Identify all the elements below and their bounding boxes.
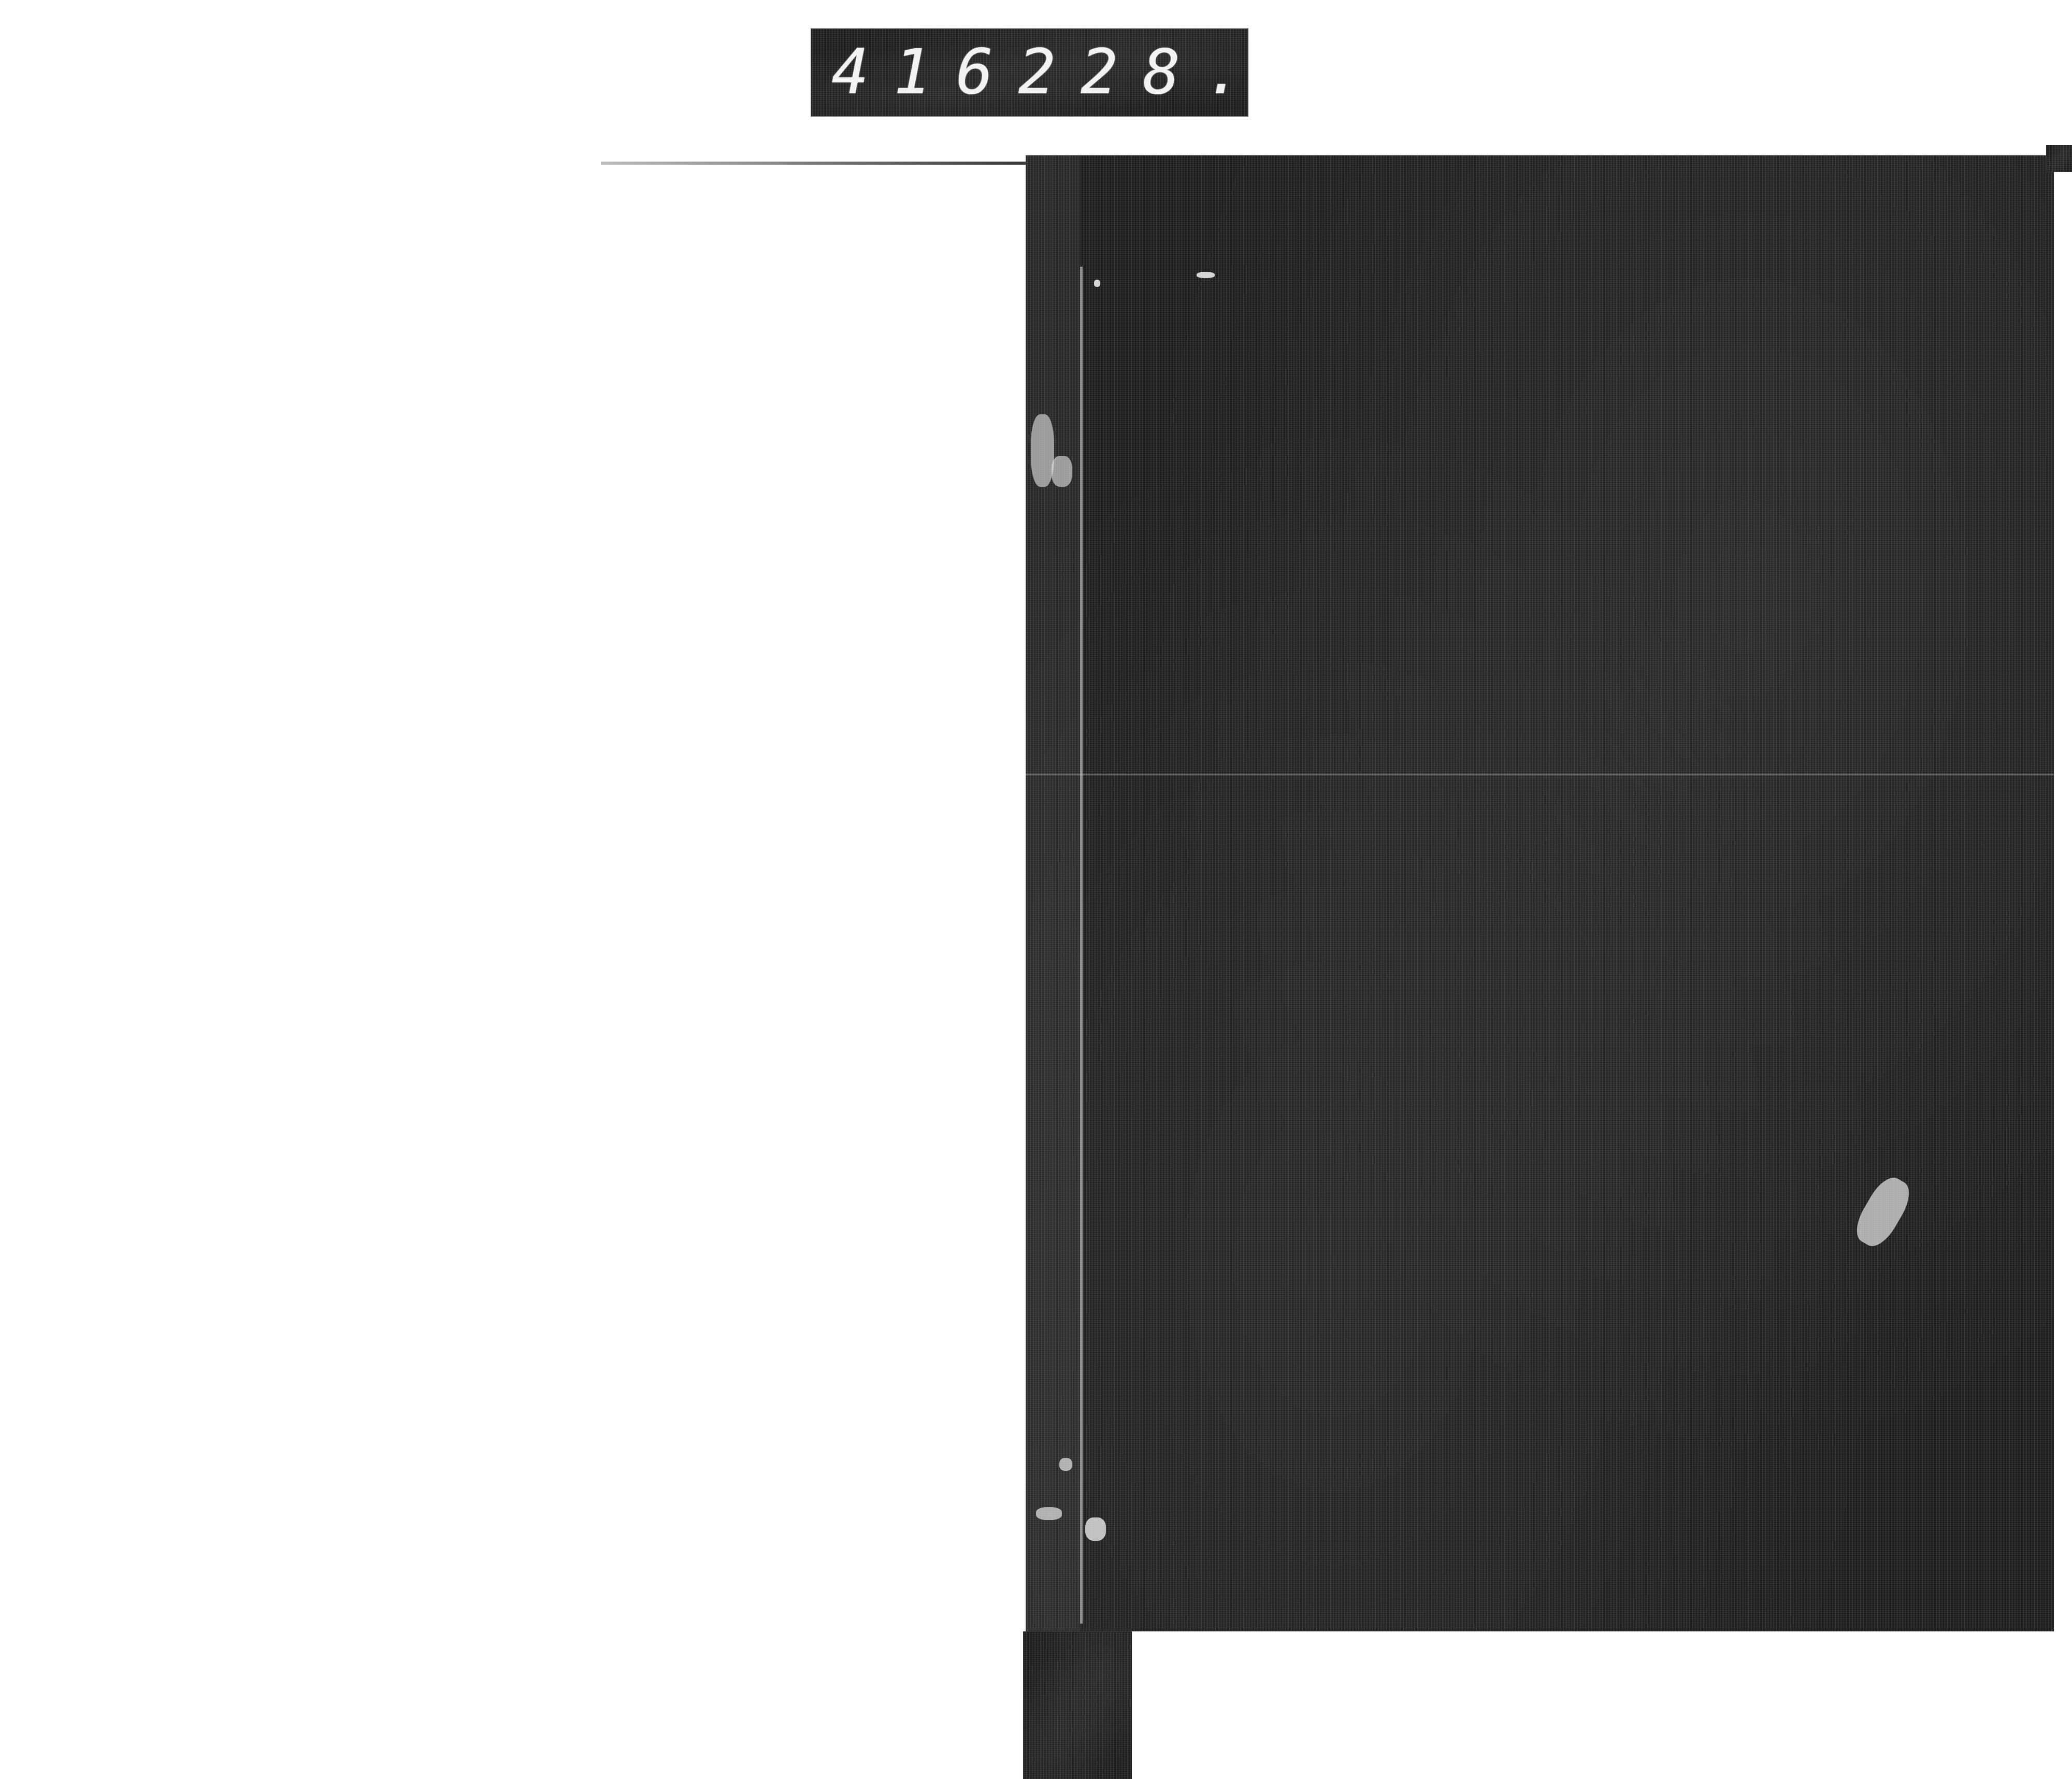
wear-mark <box>1197 272 1215 278</box>
top-rule-line <box>601 162 1036 165</box>
wear-mark <box>1052 456 1072 487</box>
spine-bottom-strip <box>1023 1631 1132 1779</box>
counter-left-number: 416 <box>831 41 1018 104</box>
counter-right-number: 228. <box>1018 41 1268 104</box>
wear-mark <box>1059 1458 1072 1471</box>
wear-mark <box>1036 1507 1062 1520</box>
book-spine-edge <box>1026 155 1080 1631</box>
wear-mark <box>1094 280 1100 287</box>
scan-artifact-line <box>1026 774 2054 775</box>
frame-counter-label: 416 228. <box>811 28 1248 117</box>
book-cover <box>1026 155 2054 1631</box>
cover-top-band <box>2046 145 2072 172</box>
wear-mark <box>1031 414 1054 487</box>
wear-mark <box>1085 1517 1106 1541</box>
spine-binding-line <box>1080 267 1083 1624</box>
